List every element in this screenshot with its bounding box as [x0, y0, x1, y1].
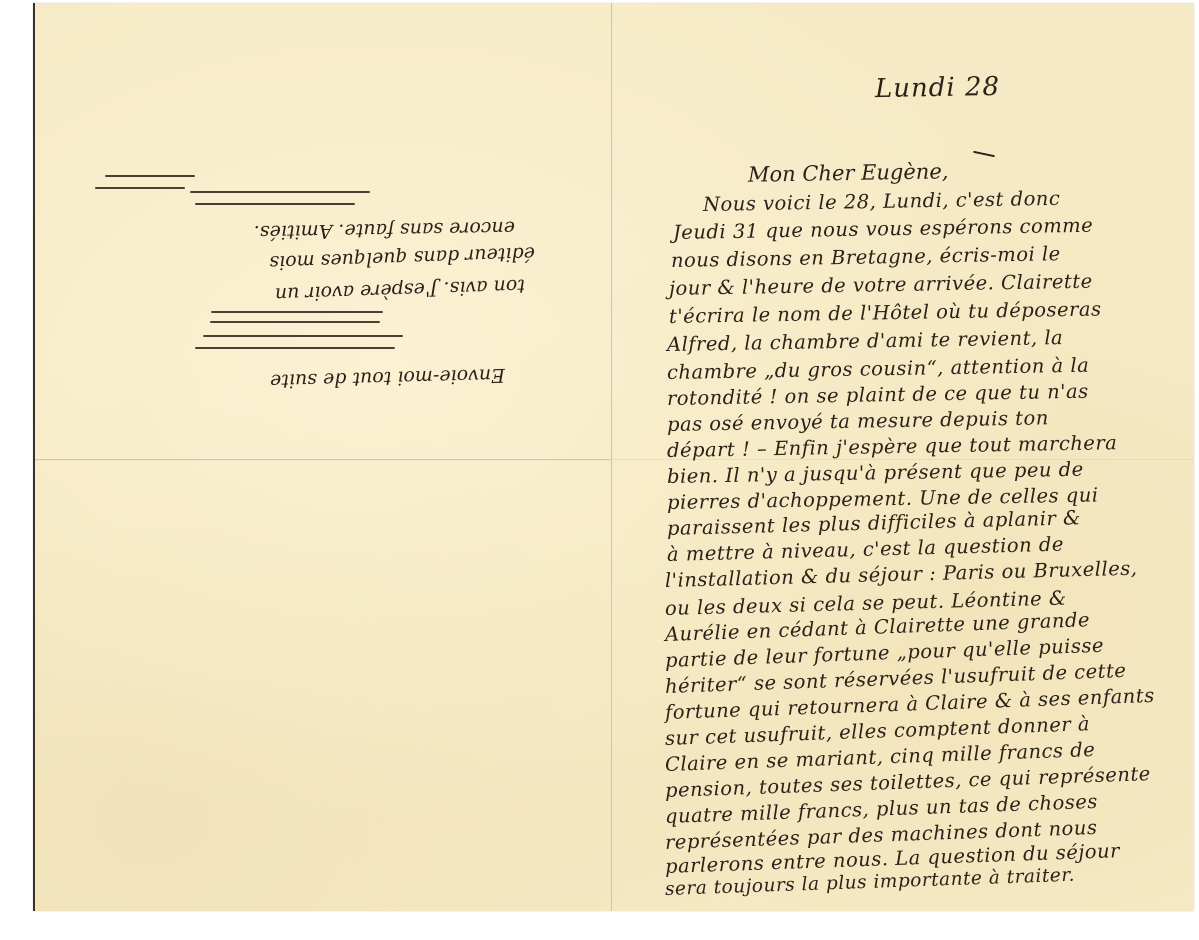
letter-line: t'écrira le nom de l'Hôtel où tu déposer…	[669, 297, 1102, 328]
postscript-line: encore sans faute. Amitiés.	[254, 217, 516, 244]
flourish-line	[203, 335, 403, 337]
flourish-line	[95, 187, 185, 189]
letter-line: Nous voici le 28, Lundi, c'est donc	[703, 187, 1061, 216]
flourish-line	[210, 321, 380, 323]
letter-line: Jeudi 31 que nous vous espérons comme	[673, 214, 1094, 244]
upside-down-postscript: Envoie-moi tout de suite ton avis. J'esp…	[75, 163, 545, 403]
flourish-line	[195, 347, 395, 349]
letter-line: chambre „du gros cousin“, attention à la	[667, 354, 1090, 384]
letter-line: Alfred, la chambre d'ami te revient, la	[667, 326, 1064, 356]
flourish-line	[190, 191, 370, 193]
letter-line: rotondité ! on se plaint de ce que tu n'…	[667, 380, 1089, 410]
postscript-line: ton avis. J'espère avoir un	[275, 275, 526, 306]
left-page: Envoie-moi tout de suite ton avis. J'esp…	[35, 3, 611, 911]
letter-line: bien. Il n'y a jusqu'à présent que peu d…	[667, 458, 1084, 488]
right-page: Lundi 28 Mon Cher Eugène, Nous voici le …	[613, 3, 1194, 911]
letter-sheet: Envoie-moi tout de suite ton avis. J'esp…	[33, 3, 1194, 911]
letter-line: pas osé envoyé ta mesure depuis ton	[667, 406, 1049, 436]
letter-line: jour & l'heure de votre arrivée. Clairet…	[669, 270, 1093, 300]
letter-line: nous disons en Bretagne, écris-moi le	[671, 242, 1061, 272]
flourish-line	[105, 175, 195, 177]
postscript-line: Envoie-moi tout de suite	[270, 364, 505, 392]
postscript-line: éditeur dans quelques mois	[269, 242, 535, 273]
flourish-line	[195, 203, 355, 205]
letter-body: Nous voici le 28, Lundi, c'est donc Jeud…	[613, 3, 1194, 911]
flourish-line	[211, 311, 383, 313]
